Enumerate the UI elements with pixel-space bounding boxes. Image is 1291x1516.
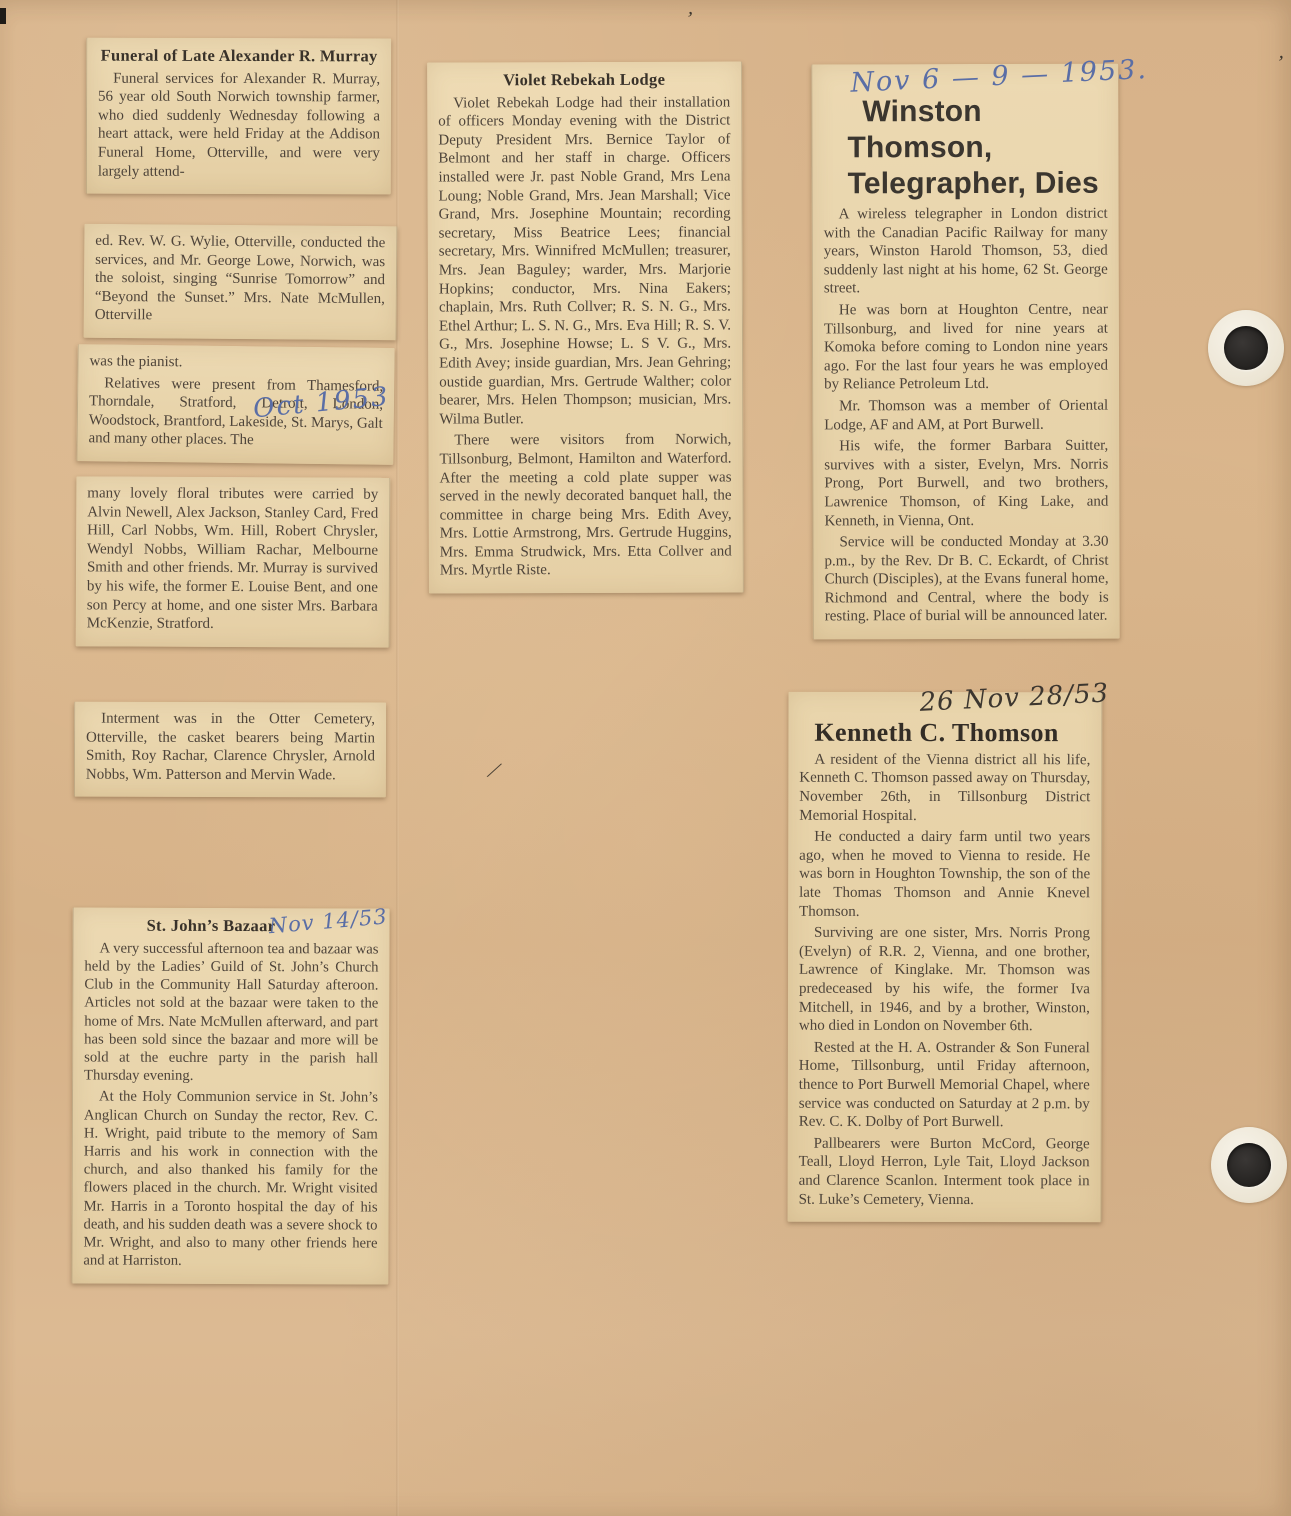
- clipping-rebekah-lodge: Violet Rebekah Lodge Violet Rebekah Lodg…: [427, 61, 744, 593]
- rebekah-paragraph-2: There were visitors from Norwich, Tillso…: [439, 431, 732, 581]
- winston-paragraph-1: A wireless telegrapher in London distric…: [824, 205, 1108, 299]
- bazaar-paragraph-1: A very successful afternoon tea and baza…: [84, 939, 379, 1086]
- murray-paragraph-4: many lovely floral tributes were carried…: [87, 484, 379, 634]
- bazaar-paragraph-2: At the Holy Communion service in St. Joh…: [83, 1088, 378, 1271]
- winston-paragraph-2: He was born at Houghton Centre, near Til…: [824, 301, 1108, 395]
- punch-hole-bottom: [1211, 1127, 1287, 1203]
- winston-paragraph-3: Mr. Thomson was a member of Oriental Lod…: [824, 397, 1108, 435]
- murray-paragraph-3a: was the pianist.: [89, 352, 383, 374]
- clipping-winston-thomson: Nov 6 — 9 — 1953. Winston Thomson, Teleg…: [811, 64, 1120, 640]
- stray-pen-mark: ʼ: [1275, 52, 1285, 76]
- scrapbook-page: Funeral of Late Alexander R. Murray Fune…: [0, 0, 1291, 1516]
- handwritten-date-nov-28-53: 26 Nov 28/53: [919, 677, 1110, 719]
- punch-hole-top: [1208, 310, 1284, 386]
- murray-paragraph-1: Funeral services for Alexander R. Murray…: [98, 69, 380, 181]
- punch-hole-opening: [1224, 326, 1268, 370]
- rebekah-headline: Violet Rebekah Lodge: [438, 69, 730, 91]
- stray-pen-mark: ∕: [489, 758, 499, 785]
- murray-paragraph-5: Interment was in the Otter Cemetery, Ott…: [86, 710, 375, 785]
- clipping-murray-strip-3: Oct 1953 was the pianist. Relatives were…: [76, 344, 394, 465]
- murray-paragraph-3b: Relatives were present from Thamesford, …: [88, 374, 383, 452]
- kenneth-paragraph-2: He conducted a dairy farm until two year…: [799, 828, 1090, 921]
- clipping-murray-strip-2: ed. Rev. W. G. Wylie, Otterville, conduc…: [84, 224, 398, 340]
- clipping-murray-strip-5: Interment was in the Otter Cemetery, Ott…: [74, 702, 386, 798]
- rebekah-paragraph-1: Violet Rebekah Lodge had their installat…: [438, 93, 731, 429]
- kenneth-headline: Kenneth C. Thomson: [799, 718, 1090, 748]
- clipping-murray-strip-1: Funeral of Late Alexander R. Murray Fune…: [86, 38, 391, 195]
- bazaar-headline: St. John’s Bazaar: [85, 915, 379, 937]
- winston-paragraph-4: His wife, the former Barbara Suitter, su…: [824, 437, 1108, 531]
- stray-pen-mark: ʼ: [684, 8, 695, 32]
- clipping-murray-strip-4: many lovely floral tributes were carried…: [76, 476, 391, 647]
- edge-notch: [0, 8, 6, 24]
- winston-paragraph-5: Service will be conducted Monday at 3.30…: [824, 533, 1108, 627]
- clipping-st-johns-bazaar: Nov 14/53 St. John’s Bazaar A very succe…: [71, 907, 389, 1284]
- kenneth-paragraph-1: A resident of the Vienna district all hi…: [799, 751, 1090, 826]
- clipping-kenneth-thomson: 26 Nov 28/53 Kenneth C. Thomson A reside…: [788, 692, 1103, 1223]
- kenneth-paragraph-5: Pallbearers were Burton McCord, George T…: [799, 1135, 1090, 1210]
- murray-paragraph-2: ed. Rev. W. G. Wylie, Otterville, conduc…: [95, 232, 386, 327]
- kenneth-paragraph-4: Rested at the H. A. Ostrander & Son Fune…: [799, 1039, 1090, 1132]
- punch-hole-opening: [1227, 1143, 1271, 1187]
- kenneth-paragraph-3: Surviving are one sister, Mrs. Norris Pr…: [799, 924, 1090, 1036]
- winston-headline: Winston Thomson, Telegrapher, Dies: [823, 94, 1107, 203]
- murray-headline: Funeral of Late Alexander R. Murray: [98, 46, 380, 67]
